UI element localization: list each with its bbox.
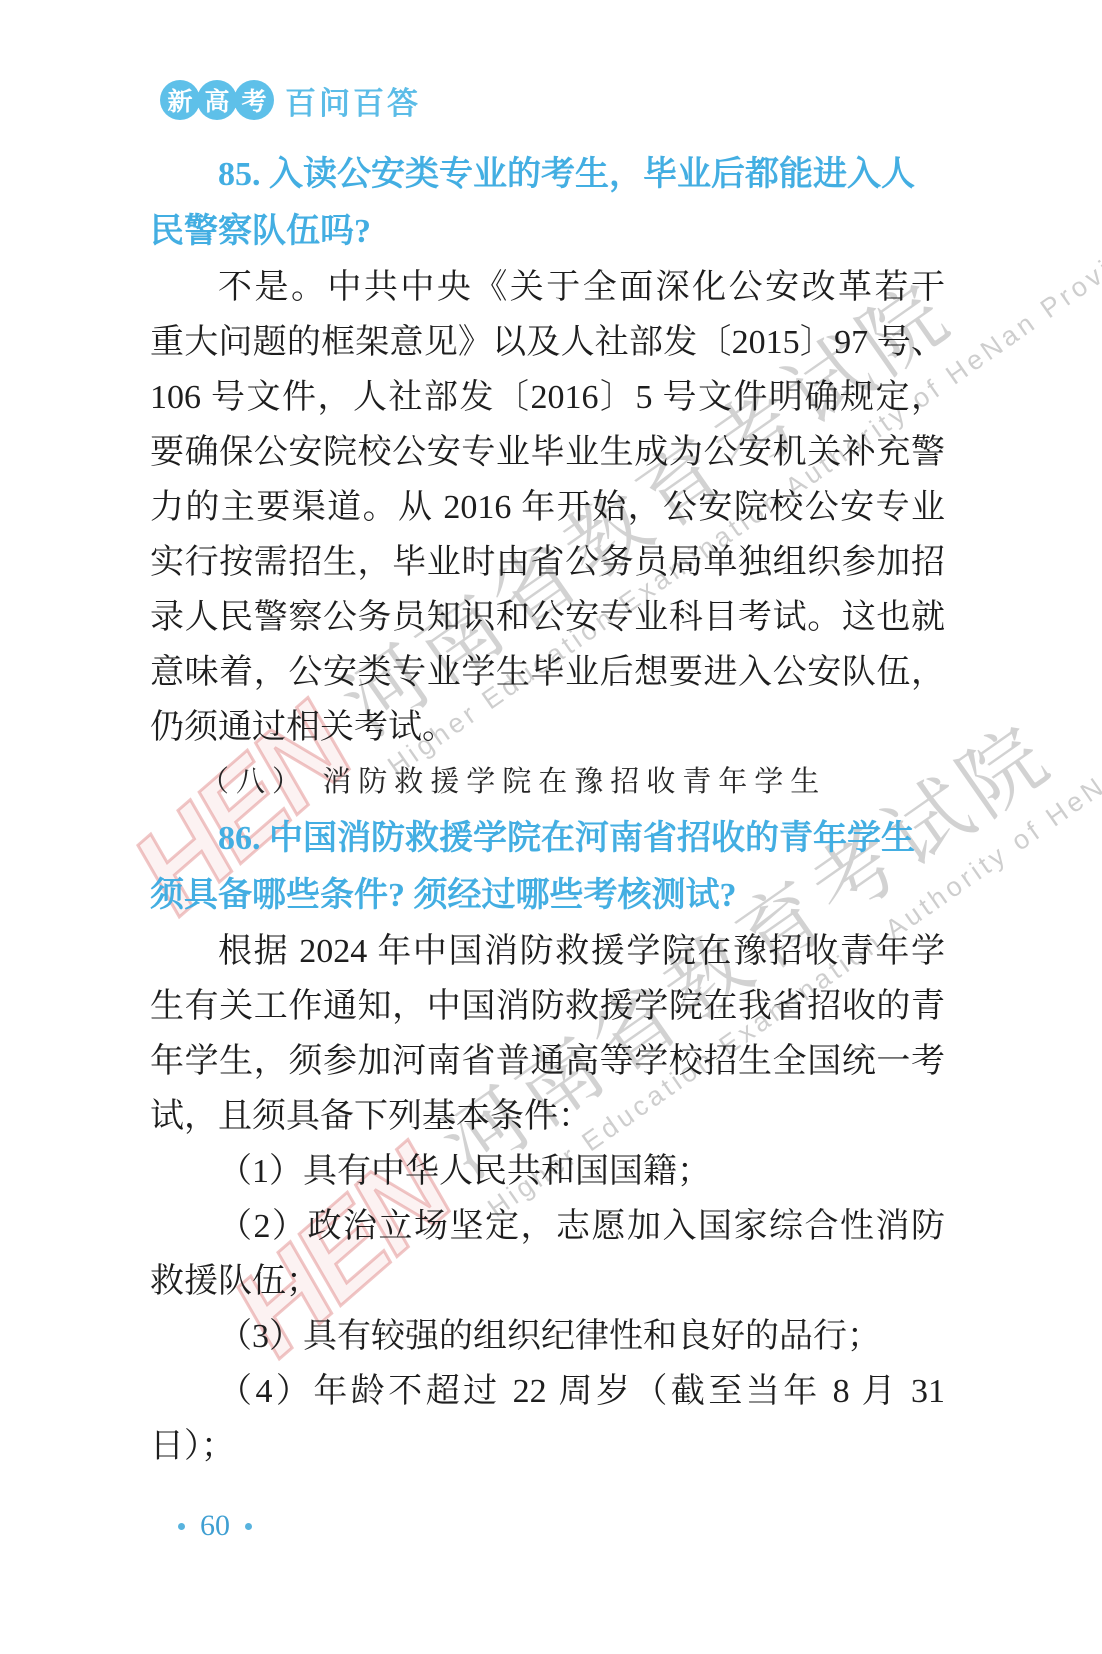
condition-item: （1）具有中华人民共和国国籍； [150, 1144, 945, 1199]
section-8-heading: （八） 消防救援学院在豫招收青年学生 [150, 755, 945, 810]
paragraph-line: 试，且须具备下列基本条件： [150, 1089, 945, 1144]
paragraph-line: 实行按需招生，毕业时由省公务员局单独组织参加招 [150, 535, 945, 590]
badge-circle-gao: 高 [197, 80, 237, 120]
paragraph-line: 录人民警察公务员知识和公安专业科目考试。这也就 [150, 590, 945, 645]
conditions-list: （1）具有中华人民共和国国籍； （2）政治立场坚定，志愿加入国家综合性消防 救援… [150, 1144, 945, 1474]
badge-char: 高 [204, 82, 229, 118]
badge-char: 新 [167, 82, 192, 118]
condition-item: （2）政治立场坚定，志愿加入国家综合性消防 [150, 1199, 945, 1254]
series-title: 百问百答 [285, 78, 421, 123]
condition-item: 日）； [150, 1419, 945, 1474]
condition-item: （3）具有较强的组织纪律性和良好的品行； [150, 1309, 945, 1364]
page-header: 新 高 考 百问百答 [160, 78, 421, 122]
badge-char: 考 [241, 82, 266, 118]
question-86-heading: 86. 中国消防救援学院在河南省招收的青年学生 须具备哪些条件? 须经过哪些考核… [150, 810, 945, 924]
page-number: 60 [200, 1509, 230, 1543]
paragraph-line: 年学生，须参加河南省普通高等学校招生全国统一考 [150, 1034, 945, 1089]
condition-item: （4）年龄不超过 22 周岁（截至当年 8 月 31 [150, 1364, 945, 1419]
question-85-heading: 85. 入读公安类专业的考生，毕业后都能进入人 民警察队伍吗? [150, 146, 945, 260]
question-86-line: 86. 中国消防救援学院在河南省招收的青年学生 [150, 810, 945, 867]
footer-dot [178, 1523, 185, 1530]
badge-circle-kao: 考 [234, 80, 274, 120]
paragraph-line: 生有关工作通知，中国消防救援学院在我省招收的青 [150, 979, 945, 1034]
paragraph-line: 不是。中共中央《关于全面深化公安改革若干 [150, 260, 945, 315]
condition-item: 救援队伍； [150, 1254, 945, 1309]
section-heading-text: （八） 消防救援学院在豫招收青年学生 [150, 755, 945, 810]
paragraph-line: 要确保公安院校公安专业毕业生成为公安机关补充警 [150, 425, 945, 480]
question-85-line: 民警察队伍吗? [150, 203, 945, 260]
footer-dot [245, 1523, 252, 1530]
paragraph-line: 意味着，公安类专业学生毕业后想要进入公安队伍， [150, 645, 945, 700]
paragraph-line: 重大问题的框架意见》以及人社部发〔2015〕97 号、 [150, 315, 945, 370]
page-content: 85. 入读公安类专业的考生，毕业后都能进入人 民警察队伍吗? 不是。中共中央《… [150, 146, 945, 1474]
paragraph-line: 力的主要渠道。从 2016 年开始，公安院校公安专业 [150, 480, 945, 535]
answer-85-paragraph: 不是。中共中央《关于全面深化公安改革若干 重大问题的框架意见》以及人社部发〔20… [150, 260, 945, 755]
book-page: HEN 河南省教育考试院 Higher Education Examinatio… [0, 0, 1102, 1654]
paragraph-line: 仍须通过相关考试。 [150, 700, 945, 755]
paragraph-line: 106 号文件，人社部发〔2016〕5 号文件明确规定， [150, 370, 945, 425]
page-footer: 60 [178, 1506, 252, 1546]
badge-circle-xin: 新 [160, 80, 200, 120]
answer-86-paragraph: 根据 2024 年中国消防救援学院在豫招收青年学 生有关工作通知，中国消防救援学… [150, 924, 945, 1144]
question-86-line: 须具备哪些条件? 须经过哪些考核测试? [150, 867, 945, 924]
question-85-line: 85. 入读公安类专业的考生，毕业后都能进入人 [150, 146, 945, 203]
paragraph-line: 根据 2024 年中国消防救援学院在豫招收青年学 [150, 924, 945, 979]
